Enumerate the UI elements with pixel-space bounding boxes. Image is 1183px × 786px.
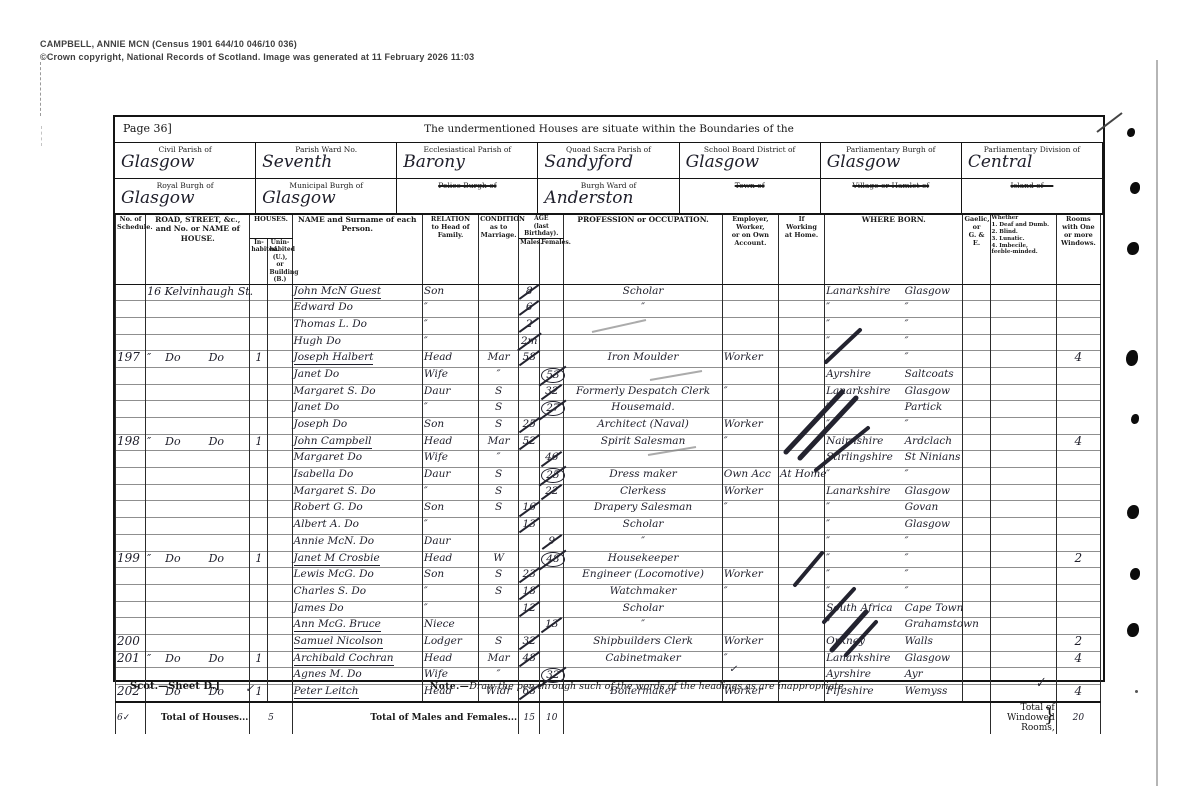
age-female: 13 bbox=[545, 618, 558, 631]
windowed-rooms bbox=[1056, 451, 1100, 468]
gaelic bbox=[963, 367, 990, 384]
marital-condition: ″ bbox=[479, 451, 519, 468]
road-street bbox=[146, 418, 250, 435]
person-name: Hugh Do bbox=[294, 335, 341, 348]
disabilities bbox=[990, 534, 1056, 551]
age-male: 23 bbox=[523, 568, 536, 581]
disabilities bbox=[990, 584, 1056, 601]
census-record-row: 198 ″ Do Do 1 John Campbell Head Mar 52 … bbox=[116, 434, 1101, 451]
gaelic bbox=[963, 418, 990, 435]
person-name-cell: Lewis McG. Do bbox=[292, 568, 422, 585]
employer-status bbox=[722, 301, 778, 318]
person-name: Margaret S. Do bbox=[294, 385, 376, 398]
road-street bbox=[146, 401, 250, 418]
total-females: 10 bbox=[540, 702, 564, 734]
windowed-rooms bbox=[1056, 484, 1100, 501]
house-inhabited bbox=[250, 518, 268, 535]
gaelic bbox=[963, 301, 990, 318]
census-record-row: Ann McG. Bruce Niece 13 ″ ″Grahamstown bbox=[116, 618, 1101, 635]
disabilities bbox=[990, 484, 1056, 501]
profession: ″ bbox=[564, 301, 722, 318]
scan-artifact bbox=[1127, 242, 1139, 255]
relation: Head bbox=[422, 351, 478, 368]
house-uninhabited bbox=[268, 534, 292, 551]
house-uninhabited bbox=[268, 501, 292, 518]
census-record-row: 16 Kelvinhaugh St. John McN Guest Son 8 … bbox=[116, 284, 1101, 301]
schedule-number bbox=[116, 317, 146, 334]
age-female-cell bbox=[540, 518, 564, 535]
relation: Daur bbox=[422, 534, 478, 551]
gaelic bbox=[963, 384, 990, 401]
age-male: 2 bbox=[523, 318, 535, 331]
relation: Son bbox=[422, 501, 478, 518]
age-male-cell: 52 bbox=[519, 434, 540, 451]
working-at-home bbox=[778, 518, 824, 535]
disabilities bbox=[990, 468, 1056, 485]
scan-artifact bbox=[1127, 623, 1139, 637]
schedule-total: 6✓ bbox=[116, 702, 146, 734]
age-male: 25 bbox=[523, 418, 536, 431]
working-at-home bbox=[778, 484, 824, 501]
windowed-rooms bbox=[1056, 401, 1100, 418]
geography-value-handwritten: Glasgow bbox=[121, 188, 195, 208]
person-name: Peter Leitch bbox=[294, 685, 359, 699]
geography-cell: Parliamentary Burgh of Glasgow bbox=[821, 143, 962, 178]
census-record-row: Margaret S. Do Daur S 32 Formerly Despat… bbox=[116, 384, 1101, 401]
relation: Wife bbox=[422, 451, 478, 468]
schedule-number: 201 bbox=[116, 651, 146, 668]
age-male-cell bbox=[519, 451, 540, 468]
profession: Architect (Naval) bbox=[564, 418, 722, 435]
person-name: Joseph Do bbox=[294, 418, 348, 431]
geography-cell: Parish Ward No. Seventh bbox=[256, 143, 397, 178]
sheet-label: Scot.—Sheet D.] bbox=[130, 681, 220, 692]
col-header-condition: CONDITION as to Marriage. bbox=[479, 215, 519, 284]
marital-condition: S bbox=[479, 584, 519, 601]
profession bbox=[564, 451, 722, 468]
age-female-cell bbox=[540, 301, 564, 318]
working-at-home bbox=[778, 501, 824, 518]
relation: Son bbox=[422, 284, 478, 301]
person-name-cell: John McN Guest bbox=[292, 284, 422, 301]
windowed-rooms bbox=[1056, 301, 1100, 318]
marital-condition: Mar bbox=[479, 651, 519, 668]
schedule-number bbox=[116, 284, 146, 301]
age-male-cell: 32 bbox=[519, 634, 540, 651]
age-female: 48 bbox=[541, 552, 564, 567]
gaelic bbox=[963, 584, 990, 601]
marital-condition bbox=[479, 618, 519, 635]
geography-cell: Island of — bbox=[962, 179, 1103, 214]
profession: Dress maker bbox=[564, 468, 722, 485]
house-uninhabited bbox=[268, 568, 292, 585]
house-inhabited bbox=[250, 334, 268, 351]
where-born: LanarkshireGlasgow bbox=[825, 384, 963, 401]
where-born: OrkneyWalls bbox=[825, 634, 963, 651]
house-inhabited bbox=[250, 451, 268, 468]
profession bbox=[564, 367, 722, 384]
house-inhabited: 1 bbox=[250, 651, 268, 668]
age-female-cell: 53 bbox=[540, 367, 564, 384]
windowed-rooms bbox=[1056, 601, 1100, 618]
age-male: 8 bbox=[523, 285, 535, 298]
age-male-cell bbox=[519, 484, 540, 501]
census-record-row: Isabella Do Daur S 25 Dress maker Own Ac… bbox=[116, 468, 1101, 485]
house-uninhabited bbox=[268, 367, 292, 384]
house-inhabited bbox=[250, 568, 268, 585]
house-inhabited bbox=[250, 601, 268, 618]
employer-status: Worker bbox=[722, 484, 778, 501]
totals-blank bbox=[564, 702, 990, 734]
working-at-home: At Home bbox=[778, 468, 824, 485]
person-name-cell: Isabella Do bbox=[292, 468, 422, 485]
road-street bbox=[146, 484, 250, 501]
age-female: 22 bbox=[545, 485, 558, 498]
person-name-cell: Peter Leitch bbox=[292, 685, 422, 702]
age-male-cell: 6 bbox=[519, 301, 540, 318]
house-uninhabited bbox=[268, 551, 292, 568]
working-at-home bbox=[778, 451, 824, 468]
windowed-rooms bbox=[1056, 384, 1100, 401]
person-name-cell: Robert G. Do bbox=[292, 501, 422, 518]
age-male-cell: 23 bbox=[519, 568, 540, 585]
census-page-scan: CAMPBELL, ANNIE MCN (Census 1901 644/10 … bbox=[0, 0, 1183, 786]
house-uninhabited bbox=[268, 418, 292, 435]
road-street bbox=[146, 367, 250, 384]
census-form: Page 36] The undermentioned Houses are s… bbox=[113, 115, 1105, 682]
road-street: 16 Kelvinhaugh St. bbox=[146, 284, 250, 301]
geography-row-2: Royal Burgh of Glasgow Municipal Burgh o… bbox=[115, 179, 1103, 214]
census-record-row: 200 Samuel Nicolson Lodger S 32 Shipbuil… bbox=[116, 634, 1101, 651]
age-female-cell bbox=[540, 568, 564, 585]
age-male-cell: 16 bbox=[519, 501, 540, 518]
road-street bbox=[146, 301, 250, 318]
where-born: ″″ bbox=[825, 418, 963, 435]
working-at-home bbox=[778, 384, 824, 401]
profession: Watchmaker bbox=[564, 584, 722, 601]
schedule-number bbox=[116, 334, 146, 351]
age-male-cell: 18 bbox=[519, 584, 540, 601]
relation: ″ bbox=[422, 401, 478, 418]
marital-condition: S bbox=[479, 568, 519, 585]
person-name: Agnes M. Do bbox=[294, 668, 362, 681]
person-name: Robert G. Do bbox=[294, 501, 363, 514]
person-name-cell: Joseph Do bbox=[292, 418, 422, 435]
geography-value-handwritten: Anderston bbox=[544, 188, 633, 208]
working-at-home bbox=[778, 367, 824, 384]
road-street bbox=[146, 584, 250, 601]
geography-cell: Quoad Sacra Parish of Sandyford bbox=[538, 143, 679, 178]
form-title-band: Page 36] The undermentioned Houses are s… bbox=[115, 117, 1103, 143]
scan-artifact bbox=[1130, 182, 1140, 194]
working-at-home bbox=[778, 651, 824, 668]
age-female-cell bbox=[540, 634, 564, 651]
house-uninhabited bbox=[268, 401, 292, 418]
gaelic bbox=[963, 501, 990, 518]
road-street: ″ Do Do bbox=[146, 434, 250, 451]
age-female-cell bbox=[540, 584, 564, 601]
working-at-home bbox=[778, 551, 824, 568]
marital-condition: S bbox=[479, 634, 519, 651]
house-uninhabited bbox=[268, 351, 292, 368]
person-name-cell: Samuel Nicolson bbox=[292, 634, 422, 651]
census-record-row: Joseph Do Son S 25 Architect (Naval) Wor… bbox=[116, 418, 1101, 435]
gaelic bbox=[963, 634, 990, 651]
person-name-cell: Albert A. Do bbox=[292, 518, 422, 535]
where-born: ″″ bbox=[825, 468, 963, 485]
geography-label: Town of bbox=[680, 179, 820, 190]
geography-value-handwritten: Seventh bbox=[262, 152, 332, 172]
schedule-number bbox=[116, 418, 146, 435]
road-street: ″ Do Do bbox=[146, 551, 250, 568]
person-name-cell: Joseph Halbert bbox=[292, 351, 422, 368]
col-header-age: AGE (last Birthday). bbox=[519, 215, 564, 238]
scan-artifact bbox=[41, 126, 42, 146]
person-name-cell: Agnes M. Do bbox=[292, 668, 422, 685]
where-born: ″″ bbox=[825, 334, 963, 351]
person-name: Margaret Do bbox=[294, 451, 363, 464]
working-at-home bbox=[778, 401, 824, 418]
disabilities bbox=[990, 518, 1056, 535]
scan-artifact bbox=[1135, 690, 1138, 693]
scan-artifact bbox=[1127, 505, 1139, 519]
windowed-rooms: 4 bbox=[1056, 351, 1100, 368]
where-born: LanarkshireGlasgow bbox=[825, 484, 963, 501]
gaelic bbox=[963, 401, 990, 418]
brace-glyph: } bbox=[1044, 705, 1056, 727]
windowed-rooms bbox=[1056, 334, 1100, 351]
employer-status: ″ bbox=[722, 384, 778, 401]
col-header-rooms: Rooms with One or more Windows. bbox=[1056, 215, 1100, 284]
disabilities bbox=[990, 634, 1056, 651]
employer-status bbox=[722, 534, 778, 551]
age-female: 46 bbox=[545, 451, 558, 464]
person-name-cell: Margaret S. Do bbox=[292, 384, 422, 401]
col-header-inhabited: In- habited. bbox=[250, 238, 268, 284]
age-female-cell: 48 bbox=[540, 551, 564, 568]
employer-status bbox=[722, 317, 778, 334]
person-name-cell: Janet M Crosbie bbox=[292, 551, 422, 568]
disabilities bbox=[990, 551, 1056, 568]
disabilities bbox=[990, 501, 1056, 518]
house-inhabited bbox=[250, 384, 268, 401]
house-uninhabited bbox=[268, 618, 292, 635]
relation: ″ bbox=[422, 518, 478, 535]
employer-status bbox=[722, 284, 778, 301]
person-name: Janet Do bbox=[294, 401, 340, 414]
marital-condition: Mar bbox=[479, 434, 519, 451]
age-female-cell bbox=[540, 317, 564, 334]
house-inhabited bbox=[250, 418, 268, 435]
scan-artifact bbox=[1130, 568, 1140, 580]
age-female-cell bbox=[540, 351, 564, 368]
house-uninhabited bbox=[268, 518, 292, 535]
footer-note: Note.—Draw the pen through such of the w… bbox=[430, 681, 847, 692]
age-male: 58 bbox=[523, 351, 536, 364]
road-street bbox=[146, 634, 250, 651]
profession: ″ bbox=[564, 534, 722, 551]
person-name-cell: James Do bbox=[292, 601, 422, 618]
census-record-row: Edward Do ″ 6 ″ ″″ bbox=[116, 301, 1101, 318]
where-born: ″″ bbox=[825, 568, 963, 585]
person-name: Edward Do bbox=[294, 301, 353, 314]
road-street bbox=[146, 334, 250, 351]
profession: Formerly Despatch Clerk bbox=[564, 384, 722, 401]
schedule-number bbox=[116, 584, 146, 601]
schedule-number: 198 bbox=[116, 434, 146, 451]
profession: Drapery Salesman bbox=[564, 501, 722, 518]
employer-status bbox=[722, 451, 778, 468]
age-male-cell: 48 bbox=[519, 651, 540, 668]
working-at-home bbox=[778, 351, 824, 368]
scan-artifact bbox=[40, 62, 41, 116]
schedule-number bbox=[116, 501, 146, 518]
employer-status bbox=[722, 618, 778, 635]
disabilities bbox=[990, 317, 1056, 334]
relation: ″ bbox=[422, 301, 478, 318]
windowed-rooms bbox=[1056, 317, 1100, 334]
working-at-home bbox=[778, 334, 824, 351]
relation: Head bbox=[422, 434, 478, 451]
geography-section: Civil Parish of Glasgow Parish Ward No. … bbox=[115, 143, 1103, 215]
profession: Clerkess bbox=[564, 484, 722, 501]
age-male: 16 bbox=[523, 501, 536, 514]
house-inhabited bbox=[250, 484, 268, 501]
age-female-cell bbox=[540, 284, 564, 301]
age-female-cell bbox=[540, 434, 564, 451]
age-male: 18 bbox=[523, 585, 536, 598]
col-header-employer: Employer, Worker, or on Own Account. bbox=[722, 215, 778, 284]
geography-label: Village or Hamlet of bbox=[821, 179, 961, 190]
age-male-cell: 25 bbox=[519, 418, 540, 435]
marital-condition: S bbox=[479, 418, 519, 435]
marital-condition: S bbox=[479, 401, 519, 418]
profession: Spirit Salesman bbox=[564, 434, 722, 451]
age-male: 6 bbox=[523, 301, 535, 314]
col-header-females: Females. bbox=[540, 238, 564, 284]
gaelic bbox=[963, 284, 990, 301]
marital-condition bbox=[479, 301, 519, 318]
age-female-cell bbox=[540, 418, 564, 435]
geography-value-handwritten: Glasgow bbox=[827, 152, 901, 172]
age-male-cell bbox=[519, 551, 540, 568]
person-name-cell: Edward Do bbox=[292, 301, 422, 318]
person-name: Samuel Nicolson bbox=[294, 635, 384, 649]
profession: Scholar bbox=[564, 284, 722, 301]
road-street bbox=[146, 601, 250, 618]
geography-value-handwritten: Sandyford bbox=[544, 152, 633, 172]
schedule-number bbox=[116, 468, 146, 485]
house-inhabited bbox=[250, 534, 268, 551]
person-name: Albert A. Do bbox=[294, 518, 359, 531]
totals-row: 6✓ Total of Houses... 5 Total of Males a… bbox=[116, 702, 1101, 734]
house-inhabited bbox=[250, 367, 268, 384]
marital-condition bbox=[479, 317, 519, 334]
geography-value-handwritten: Glasgow bbox=[121, 152, 195, 172]
scan-artifact bbox=[1126, 350, 1138, 366]
person-name: Charles S. Do bbox=[294, 585, 367, 598]
person-name-cell: Ann McG. Bruce bbox=[292, 618, 422, 635]
windowed-rooms: 4 bbox=[1056, 651, 1100, 668]
house-uninhabited bbox=[268, 601, 292, 618]
disabilities bbox=[990, 601, 1056, 618]
working-at-home bbox=[778, 634, 824, 651]
schedule-number: 197 bbox=[116, 351, 146, 368]
age-male: 52 bbox=[523, 435, 536, 448]
road-street bbox=[146, 534, 250, 551]
where-born: LanarkshireGlasgow bbox=[825, 284, 963, 301]
schedule-number bbox=[116, 384, 146, 401]
where-born: ″″ bbox=[825, 534, 963, 551]
windowed-rooms bbox=[1056, 418, 1100, 435]
employer-status bbox=[722, 601, 778, 618]
road-street bbox=[146, 501, 250, 518]
person-name: James Do bbox=[294, 602, 344, 615]
working-at-home bbox=[778, 434, 824, 451]
scan-artifact bbox=[1127, 128, 1135, 137]
gaelic bbox=[963, 468, 990, 485]
gaelic bbox=[963, 451, 990, 468]
working-at-home bbox=[778, 601, 824, 618]
schedule-number bbox=[116, 401, 146, 418]
house-uninhabited bbox=[268, 451, 292, 468]
geography-label: Police Burgh of bbox=[397, 179, 537, 190]
age-male: 2m bbox=[521, 335, 538, 348]
age-male-cell bbox=[519, 384, 540, 401]
employer-status: ″ bbox=[722, 434, 778, 451]
geography-cell: Ecclesiastical Parish of Barony bbox=[397, 143, 538, 178]
table-header: No. of Schedule. ROAD, STREET, &c., and … bbox=[116, 215, 1101, 284]
windowed-rooms bbox=[1056, 568, 1100, 585]
person-name-cell: Archibald Cochran bbox=[292, 651, 422, 668]
total-males: 15 bbox=[519, 702, 540, 734]
where-born: ″Glasgow bbox=[825, 518, 963, 535]
geography-value-handwritten: Barony bbox=[403, 152, 465, 172]
gaelic bbox=[963, 551, 990, 568]
house-uninhabited bbox=[268, 384, 292, 401]
age-male-cell: 8 bbox=[519, 284, 540, 301]
working-at-home bbox=[778, 301, 824, 318]
total-males-females-label: Total of Males and Females... bbox=[292, 702, 519, 734]
geography-cell: Village or Hamlet of bbox=[821, 179, 962, 214]
geography-cell: School Board District of Glasgow bbox=[680, 143, 821, 178]
profession: Scholar bbox=[564, 601, 722, 618]
age-female-cell: 9 bbox=[540, 534, 564, 551]
house-uninhabited bbox=[268, 317, 292, 334]
windowed-rooms bbox=[1056, 468, 1100, 485]
person-name: Thomas L. Do bbox=[294, 318, 367, 331]
schedule-number bbox=[116, 451, 146, 468]
where-born: ″Partick bbox=[825, 401, 963, 418]
form-title: The undermentioned Houses are situate wi… bbox=[115, 123, 1103, 135]
employer-status bbox=[722, 551, 778, 568]
road-street bbox=[146, 518, 250, 535]
schedule-number bbox=[116, 301, 146, 318]
gaelic bbox=[963, 334, 990, 351]
where-born: StirlingshireSt Ninians bbox=[825, 451, 963, 468]
working-at-home bbox=[778, 568, 824, 585]
person-name-cell: John Campbell bbox=[292, 434, 422, 451]
marital-condition bbox=[479, 534, 519, 551]
age-male: 32 bbox=[523, 635, 536, 648]
person-name: Margaret S. Do bbox=[294, 485, 376, 498]
census-table: No. of Schedule. ROAD, STREET, &c., and … bbox=[115, 215, 1101, 734]
windowed-rooms bbox=[1056, 501, 1100, 518]
age-female: 27 bbox=[541, 401, 564, 416]
disabilities bbox=[990, 568, 1056, 585]
profession: Shipbuilders Clerk bbox=[564, 634, 722, 651]
col-header-relation: RELATION to Head of Family. bbox=[422, 215, 478, 284]
